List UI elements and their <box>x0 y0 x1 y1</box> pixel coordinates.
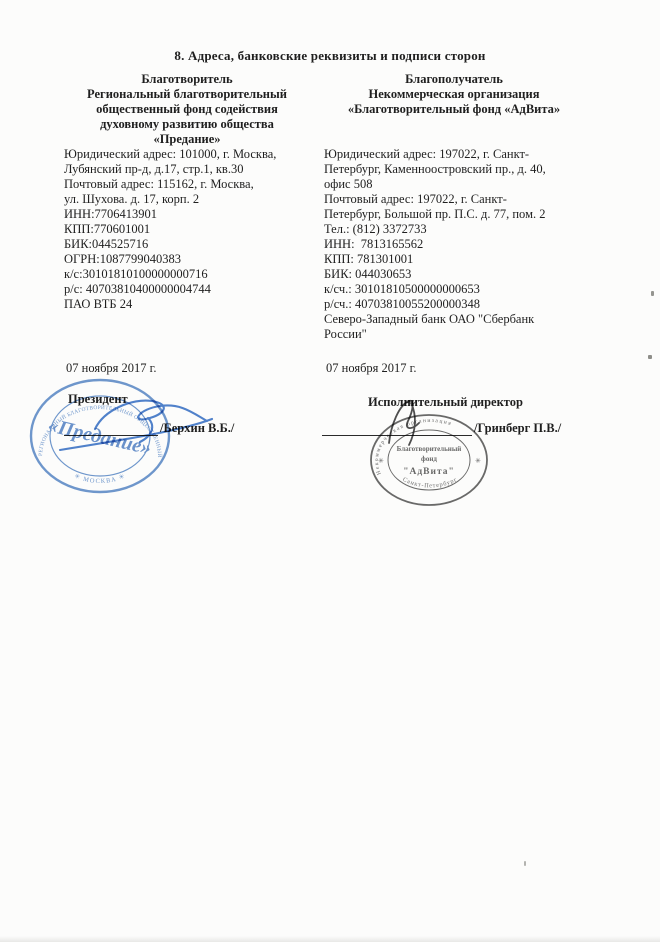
stamp-star-left: ✳ <box>378 457 384 465</box>
detail-line: офис 508 <box>324 177 584 192</box>
detail-line: Юридический адрес: 197022, г. Санкт- <box>324 147 584 162</box>
stamp-arc-bottom-text: Санкт-Петербург <box>401 476 458 489</box>
benefactor-header: Благотворитель Региональный благотворите… <box>64 72 310 147</box>
beneficiary-org-line: Некоммерческая организация <box>324 87 584 102</box>
benefactor-role: Благотворитель <box>64 72 310 87</box>
detail-line: КПП: 781301001 <box>324 252 584 267</box>
detail-line: Петербург, Каменноостровский пр., д. 40, <box>324 162 584 177</box>
detail-line: Петербург, Большой пр. П.С. д. 77, пом. … <box>324 207 584 222</box>
scan-speck <box>648 355 652 359</box>
benefactor-org-line: духовному развитию общества <box>64 117 310 132</box>
benefactor-signature-scrawl <box>40 392 252 462</box>
detail-line: КПП:770601001 <box>64 222 310 237</box>
beneficiary-details: Юридический адрес: 197022, г. Санкт- Пет… <box>324 147 584 342</box>
beneficiary-header: Благополучатель Некоммерческая организац… <box>324 72 584 147</box>
detail-line: Северо-Западный банк ОАО "Сбербанк <box>324 312 584 327</box>
detail-line: к/с:30101810100000000716 <box>64 267 310 282</box>
detail-line: БИК:044525716 <box>64 237 310 252</box>
detail-line: России" <box>324 327 584 342</box>
beneficiary-signature-scrawl <box>375 395 445 450</box>
detail-line: ИНН:7706413901 <box>64 207 310 222</box>
benefactor-column: Благотворитель Региональный благотворите… <box>64 72 310 312</box>
benefactor-org-line: Региональный благотворительный <box>64 87 310 102</box>
stamp-center-line2: фонд <box>421 455 437 463</box>
detail-line: ОГРН:1087799040383 <box>64 252 310 267</box>
stamp-center-line3: "АдВита" <box>403 467 455 477</box>
beneficiary-org-line: «Благотворительный фонд «АдВита» <box>324 102 584 117</box>
benefactor-org-line: «Предание» <box>64 132 310 147</box>
detail-line: ул. Шухова. д. 17, корп. 2 <box>64 192 310 207</box>
scan-speck <box>524 861 526 866</box>
beneficiary-column: Благополучатель Некоммерческая организац… <box>324 72 584 342</box>
detail-line: р/сч.: 40703810055200000348 <box>324 297 584 312</box>
detail-line: Почтовый адрес: 197022, г. Санкт- <box>324 192 584 207</box>
beneficiary-date: 07 ноября 2017 г. <box>326 361 417 376</box>
detail-line: БИК: 044030653 <box>324 267 584 282</box>
section-title: 8. Адреса, банковские реквизиты и подпис… <box>0 48 660 64</box>
svg-text:Санкт-Петербург: Санкт-Петербург <box>401 476 458 489</box>
svg-text:✳ МОСКВА ✳: ✳ МОСКВА ✳ <box>73 473 126 485</box>
detail-line: Юридический адрес: 101000, г. Москва, <box>64 147 310 162</box>
stamp-star-right: ✳ <box>475 457 481 465</box>
scan-bottom-shadow <box>0 936 660 942</box>
detail-line: к/сч.: 30101810500000000653 <box>324 282 584 297</box>
detail-line: ИНН: 7813165562 <box>324 237 584 252</box>
stamp-arc-bottom-text: ✳ МОСКВА ✳ <box>73 473 126 485</box>
beneficiary-role: Благополучатель <box>324 72 584 87</box>
detail-line: ПАО ВТБ 24 <box>64 297 310 312</box>
detail-line: р/с: 40703810400000004744 <box>64 282 310 297</box>
detail-line: Почтовый адрес: 115162, г. Москва, <box>64 177 310 192</box>
scanned-contract-page: 8. Адреса, банковские реквизиты и подпис… <box>0 0 660 942</box>
detail-line: Тел.: (812) 3372733 <box>324 222 584 237</box>
benefactor-org-line: общественный фонд содействия <box>64 102 310 117</box>
benefactor-details: Юридический адрес: 101000, г. Москва, Лу… <box>64 147 310 312</box>
detail-line: Лубянский пр-д, д.17, стр.1, кв.30 <box>64 162 310 177</box>
scan-speck <box>651 291 654 296</box>
